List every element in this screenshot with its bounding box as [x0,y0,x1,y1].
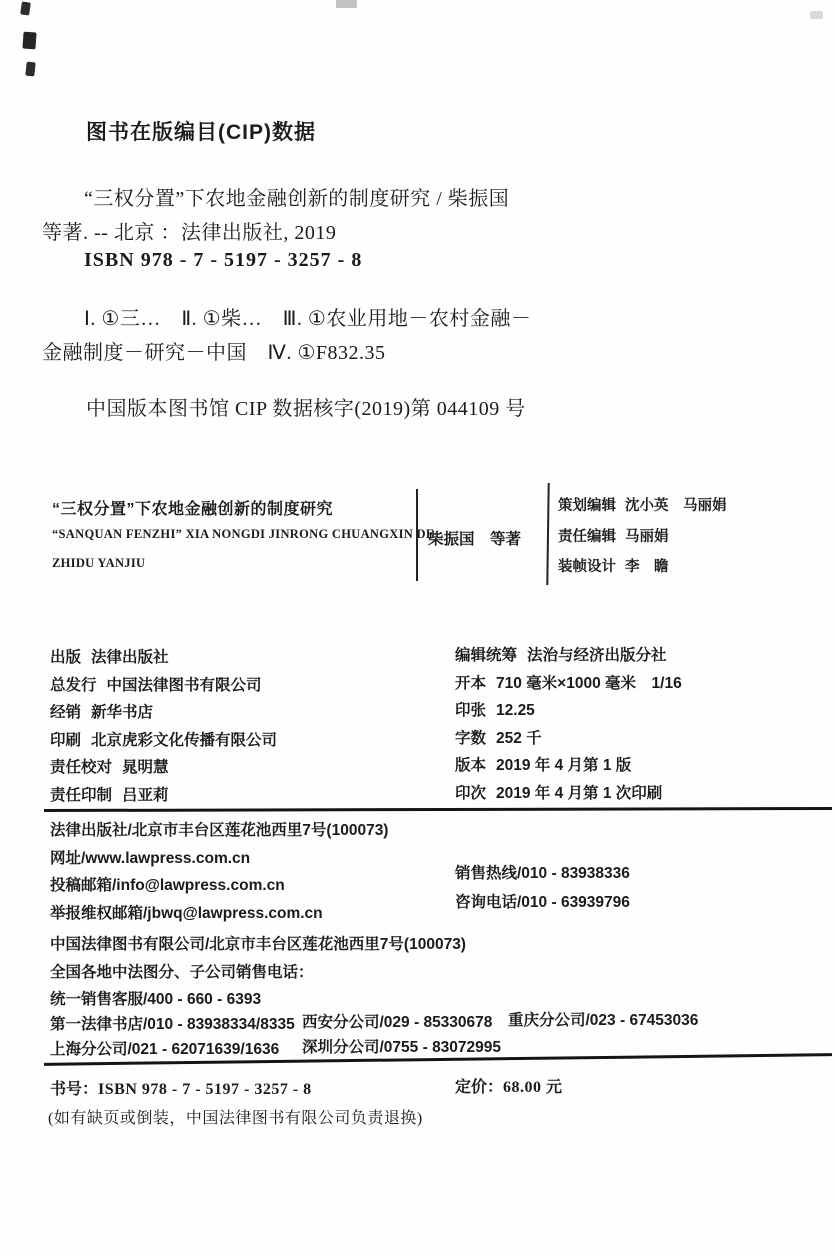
sales-intro-line: 全国各地中法图分、子公司销售电话： [50,960,314,982]
pub-info-label: 开本 [455,675,486,692]
pub-info-label: 编辑统筹 [455,647,517,664]
pub-info-value: 12.25 [496,702,535,719]
scan-mark-icon [25,62,35,77]
book-title-pinyin-line2: ZHIDU YANJIU [52,556,145,571]
pub-info-label: 版本 [455,757,486,774]
horizontal-rule [44,807,832,812]
pub-info-label: 经销 [50,704,81,721]
pub-info-value: 晁明慧 [122,759,169,776]
pub-info-row: 出版法律出版社 [50,645,169,667]
cip-heading: 图书在版编目(CIP)数据 [86,116,316,146]
pub-info-label: 责任校对 [50,759,112,776]
pub-info-row: 印刷北京虎彩文化传播有限公司 [50,728,277,750]
book-number-value: ISBN 978 - 7 - 5197 - 3257 - 8 [98,1081,312,1098]
branch-phone-xian: 西安分公司/029 - 85330678 [302,1010,492,1032]
price-value: 68.00 元 [503,1079,563,1096]
authors: 柴振国 等著 [428,527,521,549]
pub-info-row: 版本2019 年 4 月第 1 版 [455,753,631,775]
price-label: 定价： [455,1079,503,1096]
replacement-note: (如有缺页或倒装，中国法律图书有限公司负责退换) [48,1105,423,1128]
scan-mark-icon [810,11,823,19]
editor-credit-row: 策划编辑沈小英 马丽娟 [558,494,727,515]
editor-credit-row: 装帧设计李 瞻 [558,555,669,576]
vertical-divider [546,483,549,585]
pub-info-row: 编辑统筹法治与经济出版分社 [455,643,667,665]
cip-title-line: “三权分置”下农地金融创新的制度研究 / 柴振国 [84,182,509,211]
pub-info-row: 字数252 千 [455,726,542,748]
sales-hotline: 销售热线/010 - 83938336 [455,861,630,883]
book-number-line: 书号：ISBN 978 - 7 - 5197 - 3257 - 8 [50,1076,312,1099]
distributor-address: 中国法律图书有限公司/北京市丰台区莲花池西里7号(100073) [50,932,466,954]
pub-info-row: 印张12.25 [455,698,535,720]
cip-classification-line2: 金融制度－研究－中国 Ⅳ. ①F832.35 [42,336,386,365]
pub-info-value: 252 千 [496,730,542,747]
pub-info-row: 开本710 毫米×1000 毫米 1/16 [455,671,682,693]
copyright-page: 图书在版编目(CIP)数据 “三权分置”下农地金融创新的制度研究 / 柴振国 等… [0,0,835,1256]
editor-role-label: 装帧设计 [558,559,616,575]
pub-info-value: 中国法律图书有限公司 [107,677,262,694]
branch-phone-shenzhen: 深圳分公司/0755 - 83072995 [302,1035,501,1057]
pub-info-row: 印次2019 年 4 月第 1 次印刷 [455,781,662,803]
pub-info-value: 法治与经济出版分社 [527,647,667,664]
pub-info-label: 字数 [455,730,486,747]
editor-name: 沈小英 马丽娟 [625,498,727,514]
pub-info-row: 经销新华书店 [50,700,153,722]
branch-phone-chongqing: 重庆分公司/023 - 67453036 [508,1008,698,1030]
submission-email: 投稿邮箱/info@lawpress.com.cn [50,873,285,895]
pub-info-value: 北京虎彩文化传播有限公司 [91,732,277,749]
pub-info-label: 印次 [455,785,486,802]
pub-info-row: 总发行中国法律图书有限公司 [50,673,262,695]
publisher-website: 网址/www.lawpress.com.cn [50,846,250,868]
price-line: 定价：68.00 元 [455,1074,563,1097]
unified-service-phone: 统一销售客服/400 - 660 - 6393 [50,987,261,1009]
inquiry-phone: 咨询电话/010 - 63939796 [455,890,630,912]
pub-info-value: 2019 年 4 月第 1 版 [496,757,631,774]
editor-name: 马丽娟 [625,529,669,545]
pub-info-value: 新华书店 [91,704,153,721]
book-number-label: 书号： [50,1081,98,1098]
pub-info-row: 责任校对晁明慧 [50,755,169,777]
pub-info-value: 吕亚莉 [122,787,169,804]
pub-info-value: 法律出版社 [91,649,169,666]
scan-mark-icon [336,0,357,8]
pub-info-label: 出版 [50,649,81,666]
store-phone: 第一法律书店/010 - 83938334/8335 [50,1012,295,1034]
pub-info-label: 责任印制 [50,787,112,804]
cip-isbn: ISBN 978 - 7 - 5197 - 3257 - 8 [84,249,362,272]
pub-info-label: 总发行 [50,677,97,694]
pub-info-label: 印张 [455,702,486,719]
pub-info-label: 印刷 [50,732,81,749]
pub-info-value: 710 毫米×1000 毫米 1/16 [496,675,682,692]
book-title-cn: “三权分置”下农地金融创新的制度研究 [52,496,333,519]
cip-classification-line1: Ⅰ. ①三… Ⅱ. ①柴… Ⅲ. ①农业用地－农村金融－ [84,302,531,331]
publisher-address: 法律出版社/北京市丰台区莲花池西里7号(100073) [50,818,388,840]
branch-phone-shanghai: 上海分公司/021 - 62071639/1636 [50,1037,279,1059]
editor-role-label: 策划编辑 [558,498,616,514]
report-email: 举报维权邮箱/jbwq@lawpress.com.cn [50,901,323,923]
cip-record-number: 中国版本图书馆 CIP 数据核字(2019)第 044109 号 [86,392,526,421]
pub-info-value: 2019 年 4 月第 1 次印刷 [496,785,662,802]
vertical-divider [416,489,418,581]
book-title-pinyin-line1: “SANQUAN FENZHI” XIA NONGDI JINRONG CHUA… [52,527,434,542]
pub-info-row: 责任印制吕亚莉 [50,783,169,805]
scan-mark-icon [20,1,31,15]
editor-credit-row: 责任编辑马丽娟 [558,525,669,546]
editor-name: 李 瞻 [625,559,669,575]
cip-publisher-line: 等著. -- 北京 ：法律出版社, 2019 [42,216,336,245]
editor-role-label: 责任编辑 [558,529,616,545]
scan-mark-icon [22,32,36,50]
